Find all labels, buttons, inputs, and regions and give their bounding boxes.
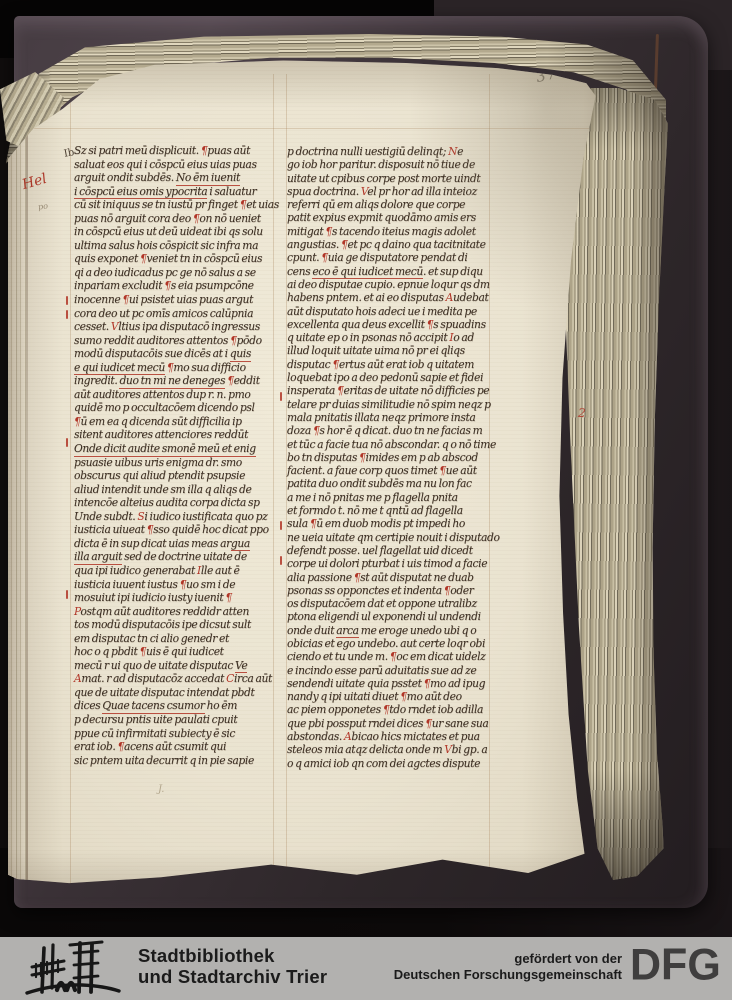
margin-tick <box>280 392 282 401</box>
manuscript-line: excellenta qua deus excellit ¶s spuadins <box>287 318 489 331</box>
manuscript-line: loquebat ipo a deo pedonū sapie et fidei <box>287 371 489 384</box>
manuscript-line: facient. a faue corp quos timet ¶ue aūt <box>287 464 489 477</box>
manuscript-line: q uitate ep o in psonas nō accipit Io ad <box>287 331 489 344</box>
margin-tick <box>280 521 282 530</box>
margin-note-faint: po <box>37 201 48 211</box>
manuscript-line: illud loquit uitate uima nō pr ei qliqs <box>287 344 489 357</box>
manuscript-line: mitigat ¶s tacendo iteius magis adolet <box>287 225 489 238</box>
manuscript-line: psonas ss opponctes et indenta ¶oder <box>287 584 489 597</box>
manuscript-line: ppue cū infirmitati subiecty ē sic <box>74 727 276 741</box>
dfg-logo: DFG <box>630 940 721 991</box>
margin-tick <box>66 296 68 305</box>
manuscript-line: o q amici iob qn com dei agctes dispute <box>287 757 489 770</box>
manuscript-line: saluat eos qui i cōspcū eius uias puas <box>74 158 276 172</box>
funding-line1: gefördert von der <box>394 951 622 967</box>
manuscript-line: quis exponet ¶veniet tn in cōspcū eius <box>74 252 276 266</box>
manuscript-line: e qui iudicet mecū ¶mo sua difficio <box>74 361 276 375</box>
manuscript-line: aūt auditores attentos dup r. n. pmo <box>74 388 276 402</box>
manuscript-line: onde duit arca me eroge unedo ubi q o <box>287 624 489 637</box>
manuscript-line: insperata ¶eritas de uitate nō difficies… <box>287 384 489 397</box>
manuscript-line: mecū r ui quo de uitate disputac Ve <box>74 659 276 673</box>
manuscript-line: intencōe alteius audita corpa dicta sp <box>74 496 276 510</box>
manuscript-line: ac piem opponetes ¶tdo rndet iob adilla <box>287 703 489 716</box>
fore-edge-red-mark: 2 <box>578 406 587 420</box>
library-name-line1: Stadtbibliothek <box>138 946 327 967</box>
manuscript-line: bo tn disputas ¶imides em p ab abscod <box>287 451 489 464</box>
manuscript-line: Sz si patri meū displicuit. ¶puas aūt <box>74 144 276 158</box>
margin-tick <box>66 310 68 319</box>
funding-credit: gefördert von der Deutschen Forschungsge… <box>394 951 622 982</box>
manuscript-line: os disputacōem dat et oppone utralibz <box>287 597 489 610</box>
manuscript-line: inocenne ¶ui psistet uias puas argut <box>74 293 276 307</box>
manuscript-line: ingredit. duo tn mi ne deneges ¶eddit <box>74 374 276 388</box>
manuscript-line: i cōspcū eius omis ypocrita i saluatur <box>74 185 276 199</box>
manuscript-line: tos modū disputacōis ipe dicsut sult <box>74 618 276 632</box>
lower-margin-mark: J. <box>158 784 164 795</box>
manuscript-line: et tūc a facie tua nō abscondar. q o nō … <box>287 438 489 451</box>
manuscript-line: cora deo ut pc omīs amicos calūpnia <box>74 307 276 321</box>
manuscript-line: obicias et ego undebo. aut certe loqr ob… <box>287 637 489 650</box>
manuscript-line: nandy q ipi uitati diuet ¶mo aūt deo <box>287 690 489 703</box>
manuscript-line: steleos mia atqz delicta onde m Vbi gp. … <box>287 743 489 756</box>
library-name-line2: und Stadtarchiv Trier <box>138 967 327 988</box>
manuscript-line: ultima salus hois cōspicit sic infra ma <box>74 239 276 253</box>
manuscript-line: referri qū em aliqs dolore que corpe <box>287 198 489 211</box>
manuscript-line: quidē mo p occultacōem dicendo psl <box>74 401 276 415</box>
manuscript-line: mala pnitatis illata neqz primore insta <box>287 411 489 424</box>
margin-tick <box>280 556 282 565</box>
manuscript-line: cū sit iniquus se tn iustū pr finget ¶et… <box>74 198 276 212</box>
manuscript-line: ai deo disputae cupio. epnue loqur qs dm <box>287 278 489 291</box>
manuscript-line: erat iob. ¶acens aūt csumit qui <box>74 740 276 754</box>
manuscript-line: a me i nō pnitas me p flagella pnita <box>287 491 489 504</box>
ruling-line <box>70 74 71 886</box>
manuscript-line: abstondas. Abicao hics mictates et pua <box>287 730 489 743</box>
funding-line2: Deutschen Forschungsgemeinschaft <box>394 967 622 983</box>
manuscript-line: puas nō arguit cora deo ¶on nō ueniet <box>74 212 276 226</box>
manuscript-line: angustias. ¶et pc q daino qua tacitnitat… <box>287 238 489 251</box>
manuscript-line: dices Quae tacens csumor ho ēm <box>74 699 276 713</box>
manuscript-line: aliud intendit unde sm illa q aliqs de <box>74 483 276 497</box>
manuscript-line: psuasie uibus uris enigma dr. smo <box>74 456 276 470</box>
manuscript-line: patit expius expmit quodāmo amis ers <box>287 211 489 224</box>
manuscript-line: aūt disputato hois adeci ue i medita pe <box>287 305 489 318</box>
manuscript-line: patita duo ondit subdēs ma nu lon fac <box>287 477 489 490</box>
manuscript-line: Unde subdt. Si iudico iustificata quo pz <box>74 510 276 524</box>
margin-tick <box>66 590 68 599</box>
manuscript-line: qi a deo iudicadus pc ge nō salus a se <box>74 266 276 280</box>
manuscript-line: go iob hor paritur. disposuit nō tiue de <box>287 158 489 171</box>
manuscript-line: corpe ui dolori pturbat i uis timod a fa… <box>287 557 489 570</box>
manuscript-line: hoc o q pbdit ¶uis ē qui iudicet <box>74 645 276 659</box>
manuscript-line: sic pntem uita decurrit q in pie sapie <box>74 754 276 768</box>
manuscript-line: iusticia iuuent iustus ¶uo sm i de <box>74 578 276 592</box>
manuscript-line: sula ¶ū em duob modis pt impedi ho <box>287 517 489 530</box>
manuscript-line: et formdo t. nō me t qntū ad flagella <box>287 504 489 517</box>
manuscript-line: inpariam excludit ¶s eia psumpcōne <box>74 279 276 293</box>
manuscript-line: in cōspcū eius ut deū uideat ibi qs solu <box>74 225 276 239</box>
manuscript-line: p decursu pntis uite paulati cpuit <box>74 713 276 727</box>
text-column-left: Sz si patri meū displicuit. ¶puas aūtsal… <box>74 144 276 767</box>
manuscript-line: ciendo et tu unde m. ¶oc em dicat uidelz <box>287 650 489 663</box>
manuscript-line: Amat. r ad disputacōz accedat Circa aūt <box>74 672 276 686</box>
manuscript-line: telare pr duias similitudie nō spim neqz… <box>287 398 489 411</box>
digitized-manuscript-photo: Sz si patri meū displicuit. ¶puas aūtsal… <box>0 0 732 1000</box>
manuscript-line: que de uitate disputac intendat pbdt <box>74 686 276 700</box>
manuscript-line: e incindo esse parū aduitatis sue ad ze <box>287 664 489 677</box>
manuscript-line: sumo reddit auditores attentos ¶pōdo <box>74 334 276 348</box>
manuscript-line: doza ¶s hor ē q dicat. duo tn ne facias … <box>287 424 489 437</box>
manuscript-line: dicta ē in sup dicat uias meas argua <box>74 537 276 551</box>
text-column-right: p doctrina nulli uestigiū delinqt; Nego … <box>287 145 489 770</box>
manuscript-line: cesset. Vltius ipa disputacō ingressus <box>74 320 276 334</box>
manuscript-line: ¶ū em ea q dicenda sūt difficilia ip <box>74 415 276 429</box>
library-name: Stadtbibliothek und Stadtarchiv Trier <box>138 946 327 987</box>
manuscript-line: habens pntem. et ai eo disputas Audebat <box>287 291 489 304</box>
manuscript-page: Sz si patri meū displicuit. ¶puas aūtsal… <box>8 58 620 900</box>
margin-note-black: Ib <box>63 147 75 160</box>
ruling-line <box>489 74 490 886</box>
trier-library-logo-icon <box>24 940 124 998</box>
manuscript-line: iusticia uiueat ¶sso quidē hoc dicat ppo <box>74 523 276 537</box>
margin-tick <box>66 438 68 447</box>
manuscript-line: uitate ut cpibus corpe post morte uindt <box>287 172 489 185</box>
manuscript-line: ptona eligendi ul exponendi ul undendi <box>287 610 489 623</box>
footer-banner: Stadtbibliothek und Stadtarchiv Trier ge… <box>0 937 732 1000</box>
manuscript-line: Postqm aūt auditores reddidr atten <box>74 605 276 619</box>
manuscript-line: defendt posse. uel flagellat uid dicedt <box>287 544 489 557</box>
manuscript-line: ne ueia uitate qm certipie nouit i dispu… <box>287 531 489 544</box>
manuscript-line: alia passione ¶st aūt disputat ne duab <box>287 571 489 584</box>
manuscript-line: em disputac tn ci alio genedr et <box>74 632 276 646</box>
manuscript-line: cens eco ē qui iudicet mecū. et sup diqu <box>287 265 489 278</box>
manuscript-line: disputac ¶ertus aūt erat iob q uitatem <box>287 358 489 371</box>
ruling-line <box>8 128 600 129</box>
manuscript-line: arguit ondit subdēs. No ēm iuenit <box>74 171 276 185</box>
manuscript-line: illa arguit sed de doctrine uitate de <box>74 550 276 564</box>
manuscript-line: sendendi uitate quia psstet ¶mo ad ipug <box>287 677 489 690</box>
manuscript-line: modū disputacōis sue dicēs at i quis <box>74 347 276 361</box>
manuscript-line: Onde dicit audite smonē meū et enig <box>74 442 276 456</box>
manuscript-line: que pbi possput rndei dices ¶ur sane sua <box>287 717 489 730</box>
manuscript-line: obscurus qui aliud ptendit psupsie <box>74 469 276 483</box>
manuscript-line: cpunt. ¶uia ge disputatore pendat di <box>287 251 489 264</box>
manuscript-line: sitent auditores attenciores reddūt <box>74 428 276 442</box>
manuscript-line: spua doctrina. Vel pr hor ad illa inteio… <box>287 185 489 198</box>
manuscript-line: mosuiut ipi iudicio iusty iuenit ¶ <box>74 591 276 605</box>
manuscript-line: qua ipi iudico generabat Ille aut ē <box>74 564 276 578</box>
manuscript-line: p doctrina nulli uestigiū delinqt; Ne <box>287 145 489 158</box>
